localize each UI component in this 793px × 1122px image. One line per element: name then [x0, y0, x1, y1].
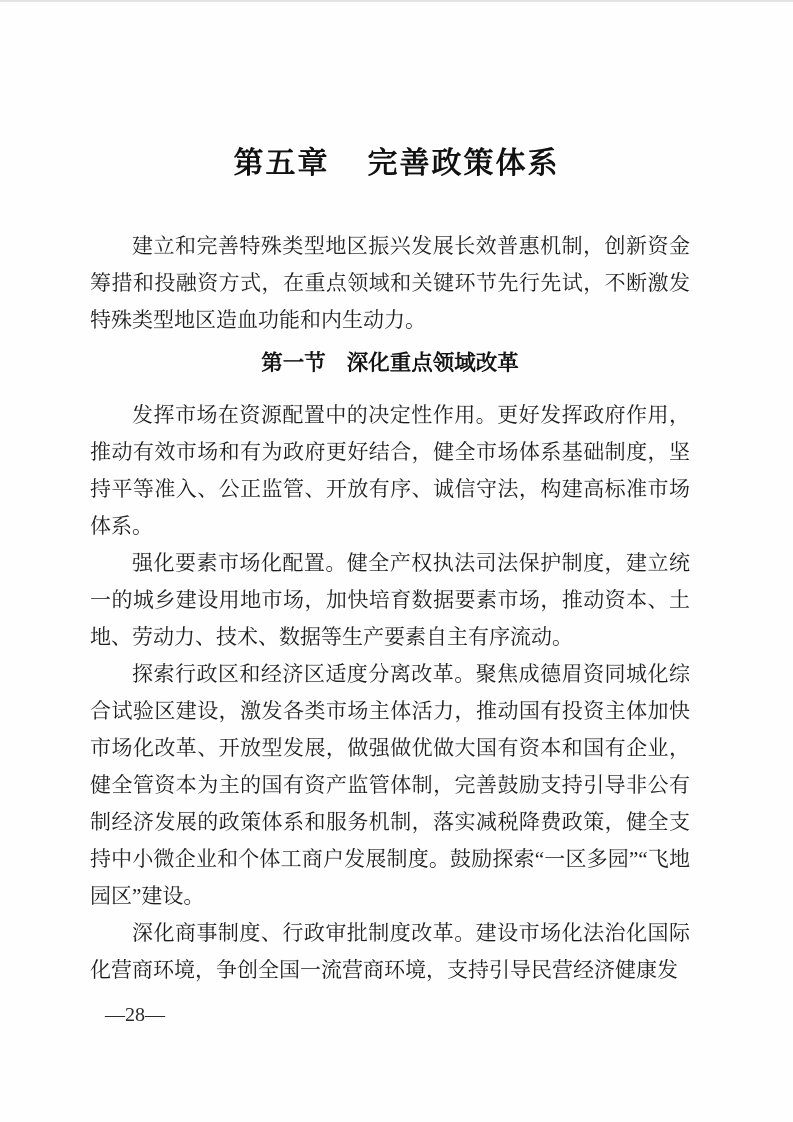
section-number: 第一节 [261, 351, 326, 375]
section-paragraph-1: 发挥市场在资源配置中的决定性作用。更好发挥政府作用，推动有效市场和有为政府更好结… [90, 397, 690, 545]
section-title: 深化重点领域改革 [347, 351, 519, 375]
document-page: 第五章完善政策体系 建立和完善特殊类型地区振兴发展长效普惠机制，创新资金筹措和投… [0, 0, 793, 1122]
page-body: 建立和完善特殊类型地区振兴发展长效普惠机制，创新资金筹措和投融资方式，在重点领域… [90, 228, 690, 989]
section-paragraph-2: 强化要素市场化配置。健全产权执法司法保护制度，建立统一的城乡建设用地市场，加快培… [90, 545, 690, 656]
section-heading: 第一节深化重点领域改革 [90, 345, 690, 382]
chapter-number: 第五章 [234, 147, 330, 180]
chapter-heading: 第五章完善政策体系 [0, 0, 793, 184]
intro-paragraph: 建立和完善特殊类型地区振兴发展长效普惠机制，创新资金筹措和投融资方式，在重点领域… [90, 228, 690, 339]
section-paragraph-3: 探索行政区和经济区适度分离改革。聚焦成德眉资同城化综合试验区建设，激发各类市场主… [90, 656, 690, 915]
scan-edge-line [0, 0, 793, 2]
page-number: —28— [105, 1001, 165, 1029]
section-paragraph-4: 深化商事制度、行政审批制度改革。建设市场化法治化国际化营商环境，争创全国一流营商… [90, 915, 690, 989]
chapter-title: 完善政策体系 [368, 147, 560, 180]
